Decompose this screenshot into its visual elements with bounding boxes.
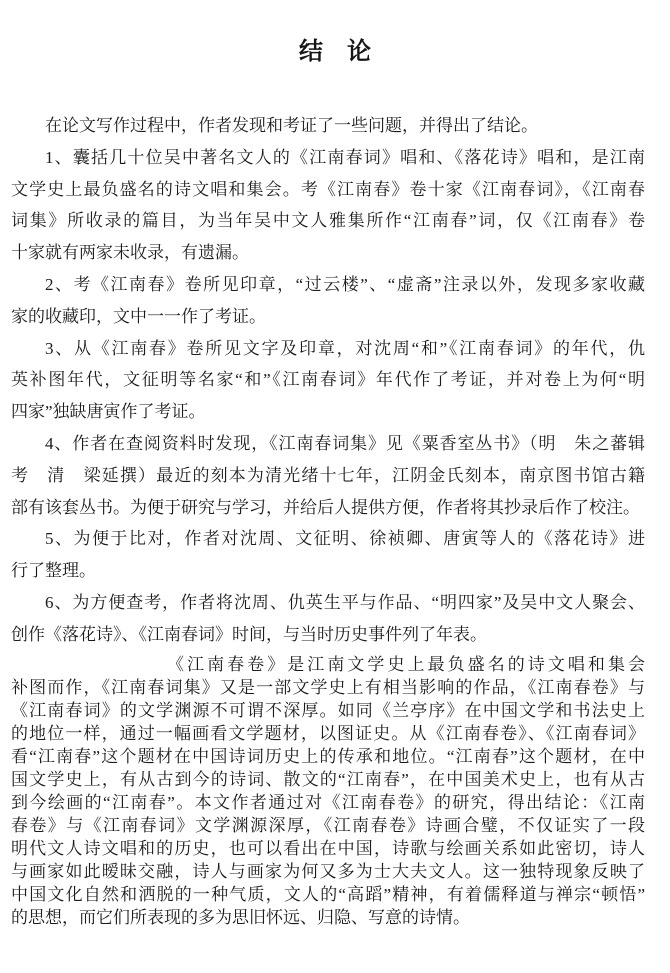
text-line: 6、为方便查考，作者将沈周、仇英生平与作品、“明四家”及吴中文人聚会、 [11,587,645,619]
text-line: 词集》所收录的篇目，为当年吴中文人雅集所作“江南春”词，仅《江南春》卷 [11,205,645,237]
text-line: 行了整理。 [11,555,645,587]
text-line: 英补图年代，文征明等名家“和”《江南春词》年代作了考证，并对卷上为何“明 [11,364,645,396]
page-title: 结 论 [0,0,670,66]
text-line: 考 清 梁延撰）最近的刻本为清光绪十七年，江阴金氏刻本，南京图书馆古籍 [11,460,645,492]
text-line: 创作《落花诗》、《江南春词》时间，与当时历史事件列了年表。 [11,619,645,651]
text-line: 4、作者在查阅资料时发现，《江南春词集》见《粟香室丛书》（明 朱之蕃辑 [11,428,645,460]
text-line: 四家”独缺唐寅作了考证。 [11,396,645,428]
text-line: 的地位一样，通过一幅画看文学题材，以图证史。从《江南春卷》、《江南春词》 [11,722,645,745]
text-line: 3、从《江南春》卷所见文字及印章，对沈周“和”《江南春词》的年代，仇 [11,333,645,365]
text-line: 部有该套丛书。为便于研究与学习，并给后人提供方便，作者将其抄录后作了校注。 [11,492,645,524]
text-line: 国文学史上，有从古到今的诗词、散文的“江南春”，在中国美术史上，也有从古 [11,768,645,791]
text-line: 家的收藏印，文中一一作了考证。 [11,301,645,333]
text-line: 中国文化自然和洒脱的一种气质，文人的“高蹈”精神，有着儒释道与禅宗“顿悟” [11,883,645,906]
text-line: 春卷》与《江南春词》文学渊源深厚，《江南春卷》诗画合璧，不仅证实了一段 [11,814,645,837]
conclusion-main-text: 在论文写作过程中，作者发现和考证了一些问题，并得出了结论。1、囊括几十位吴中著名… [11,110,645,651]
conclusion-closing-paragraph: 《江南春卷》是江南文学史上最负盛名的诗文唱和集会补图而作，《江南春词集》又是一部… [11,653,645,929]
text-line: 2、考《江南春》卷所见印章，“过云楼”、“虚斋”注录以外，发现多家收藏 [11,269,645,301]
document-page: 结 论 在论文写作过程中，作者发现和考证了一些问题，并得出了结论。1、囊括几十位… [0,0,670,973]
text-line: 在论文写作过程中，作者发现和考证了一些问题，并得出了结论。 [11,110,645,142]
text-line: 补图而作，《江南春词集》又是一部文学史上有相当影响的作品，《江南春卷》与 [11,676,645,699]
text-line: 的思想，而它们所表现的多为思旧怀远、归隐、写意的诗情。 [11,906,645,929]
text-line: 《江南春卷》是江南文学史上最负盛名的诗文唱和集会 [11,653,645,676]
text-line: 明代文人诗文唱和的历史，也可以看出在中国，诗歌与绘画关系如此密切，诗人 [11,837,645,860]
text-line: 与画家如此暧昧交融，诗人与画家为何又多为士大夫文人。这一独特现象反映了 [11,860,645,883]
text-line: 1、囊括几十位吴中著名文人的《江南春词》唱和、《落花诗》唱和，是江南 [11,142,645,174]
text-line: 十家就有两家未收录，有遗漏。 [11,237,645,269]
text-line: 到今绘画的“江南春”。本文作者通过对《江南春卷》的研究，得出结论：《江南 [11,791,645,814]
text-line: 5、为便于比对，作者对沈周、文征明、徐祯卿、唐寅等人的《落花诗》进 [11,523,645,555]
text-line: 《江南春词》的文学渊源不可谓不深厚。如同《兰亭序》在中国文学和书法史上 [11,699,645,722]
text-line: 看“江南春”这个题材在中国诗词历史上的传承和地位。“江南春”这个题材，在中 [11,745,645,768]
text-line: 文学史上最负盛名的诗文唱和集会。考《江南春》卷十家《江南春词》，《江南春 [11,174,645,206]
